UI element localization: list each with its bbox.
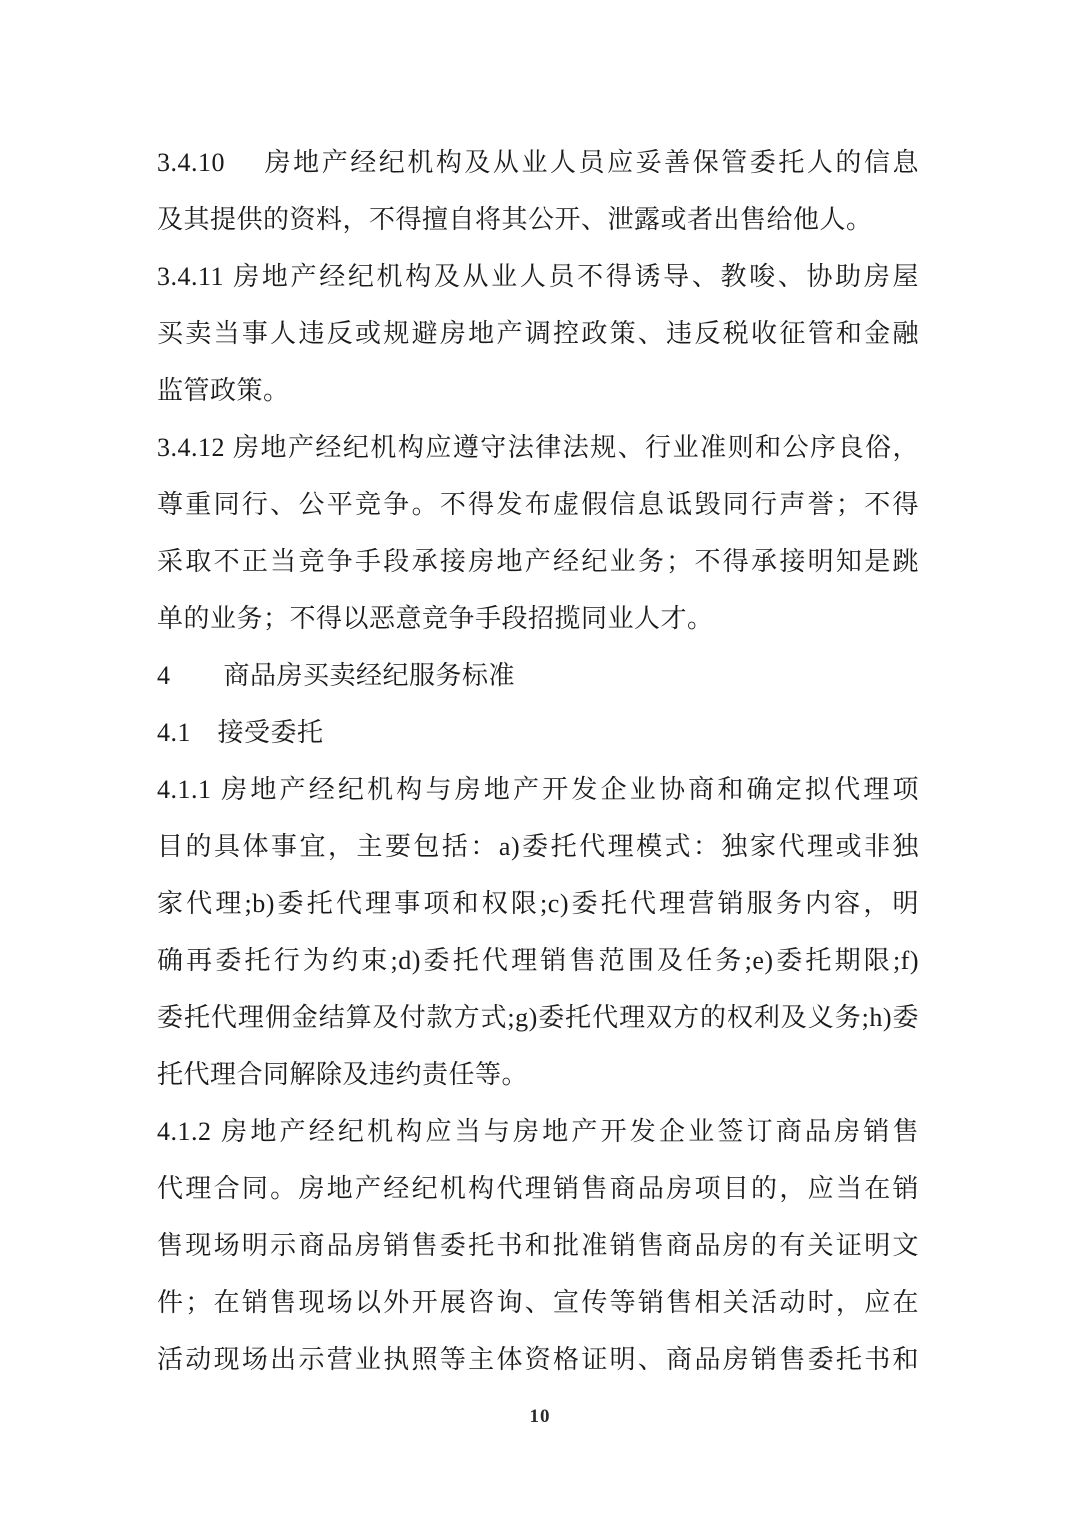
text-line: 及其提供的资料，不得擅自将其公开、泄露或者出售给他人。 (157, 191, 919, 248)
text-line: 3.4.10 房地产经纪机构及从业人员应妥善保管委托人的信息 (157, 134, 919, 191)
text-line: 确再委托行为约束;d)委托代理销售范围及任务;e)委托期限;f) (157, 932, 919, 989)
page-footer: 10 (0, 1406, 1080, 1428)
text-line: 4 商品房买卖经纪服务标准 (157, 647, 919, 704)
text-line: 尊重同行、公平竞争。不得发布虚假信息诋毁同行声誉；不得 (157, 476, 919, 533)
text-line: 买卖当事人违反或规避房地产调控政策、违反税收征管和金融 (157, 305, 919, 362)
text-line: 监管政策。 (157, 362, 919, 419)
text-line: 目的具体事宜，主要包括：a)委托代理模式：独家代理或非独 (157, 818, 919, 875)
document-body: 3.4.10 房地产经纪机构及从业人员应妥善保管委托人的信息及其提供的资料，不得… (157, 134, 919, 1388)
text-line: 4.1.2 房地产经纪机构应当与房地产开发企业签订商品房销售 (157, 1103, 919, 1160)
text-line: 4.1.1 房地产经纪机构与房地产开发企业协商和确定拟代理项 (157, 761, 919, 818)
text-line: 3.4.11 房地产经纪机构及从业人员不得诱导、教唆、协助房屋 (157, 248, 919, 305)
text-line: 4.1 接受委托 (157, 704, 919, 761)
text-line: 采取不正当竞争手段承接房地产经纪业务；不得承接明知是跳 (157, 533, 919, 590)
page-number: 10 (530, 1406, 551, 1427)
text-line: 托代理合同解除及违约责任等。 (157, 1046, 919, 1103)
document-page: 3.4.10 房地产经纪机构及从业人员应妥善保管委托人的信息及其提供的资料，不得… (0, 0, 1080, 1526)
text-line: 3.4.12 房地产经纪机构应遵守法律法规、行业准则和公序良俗， (157, 419, 919, 476)
text-line: 代理合同。房地产经纪机构代理销售商品房项目的，应当在销 (157, 1160, 919, 1217)
text-line: 单的业务；不得以恶意竞争手段招揽同业人才。 (157, 590, 919, 647)
text-line: 委托代理佣金结算及付款方式;g)委托代理双方的权利及义务;h)委 (157, 989, 919, 1046)
text-line: 售现场明示商品房销售委托书和批准销售商品房的有关证明文 (157, 1217, 919, 1274)
text-line: 件；在销售现场以外开展咨询、宣传等销售相关活动时，应在 (157, 1274, 919, 1331)
text-line: 家代理;b)委托代理事项和权限;c)委托代理营销服务内容，明 (157, 875, 919, 932)
text-line: 活动现场出示营业执照等主体资格证明、商品房销售委托书和 (157, 1331, 919, 1388)
